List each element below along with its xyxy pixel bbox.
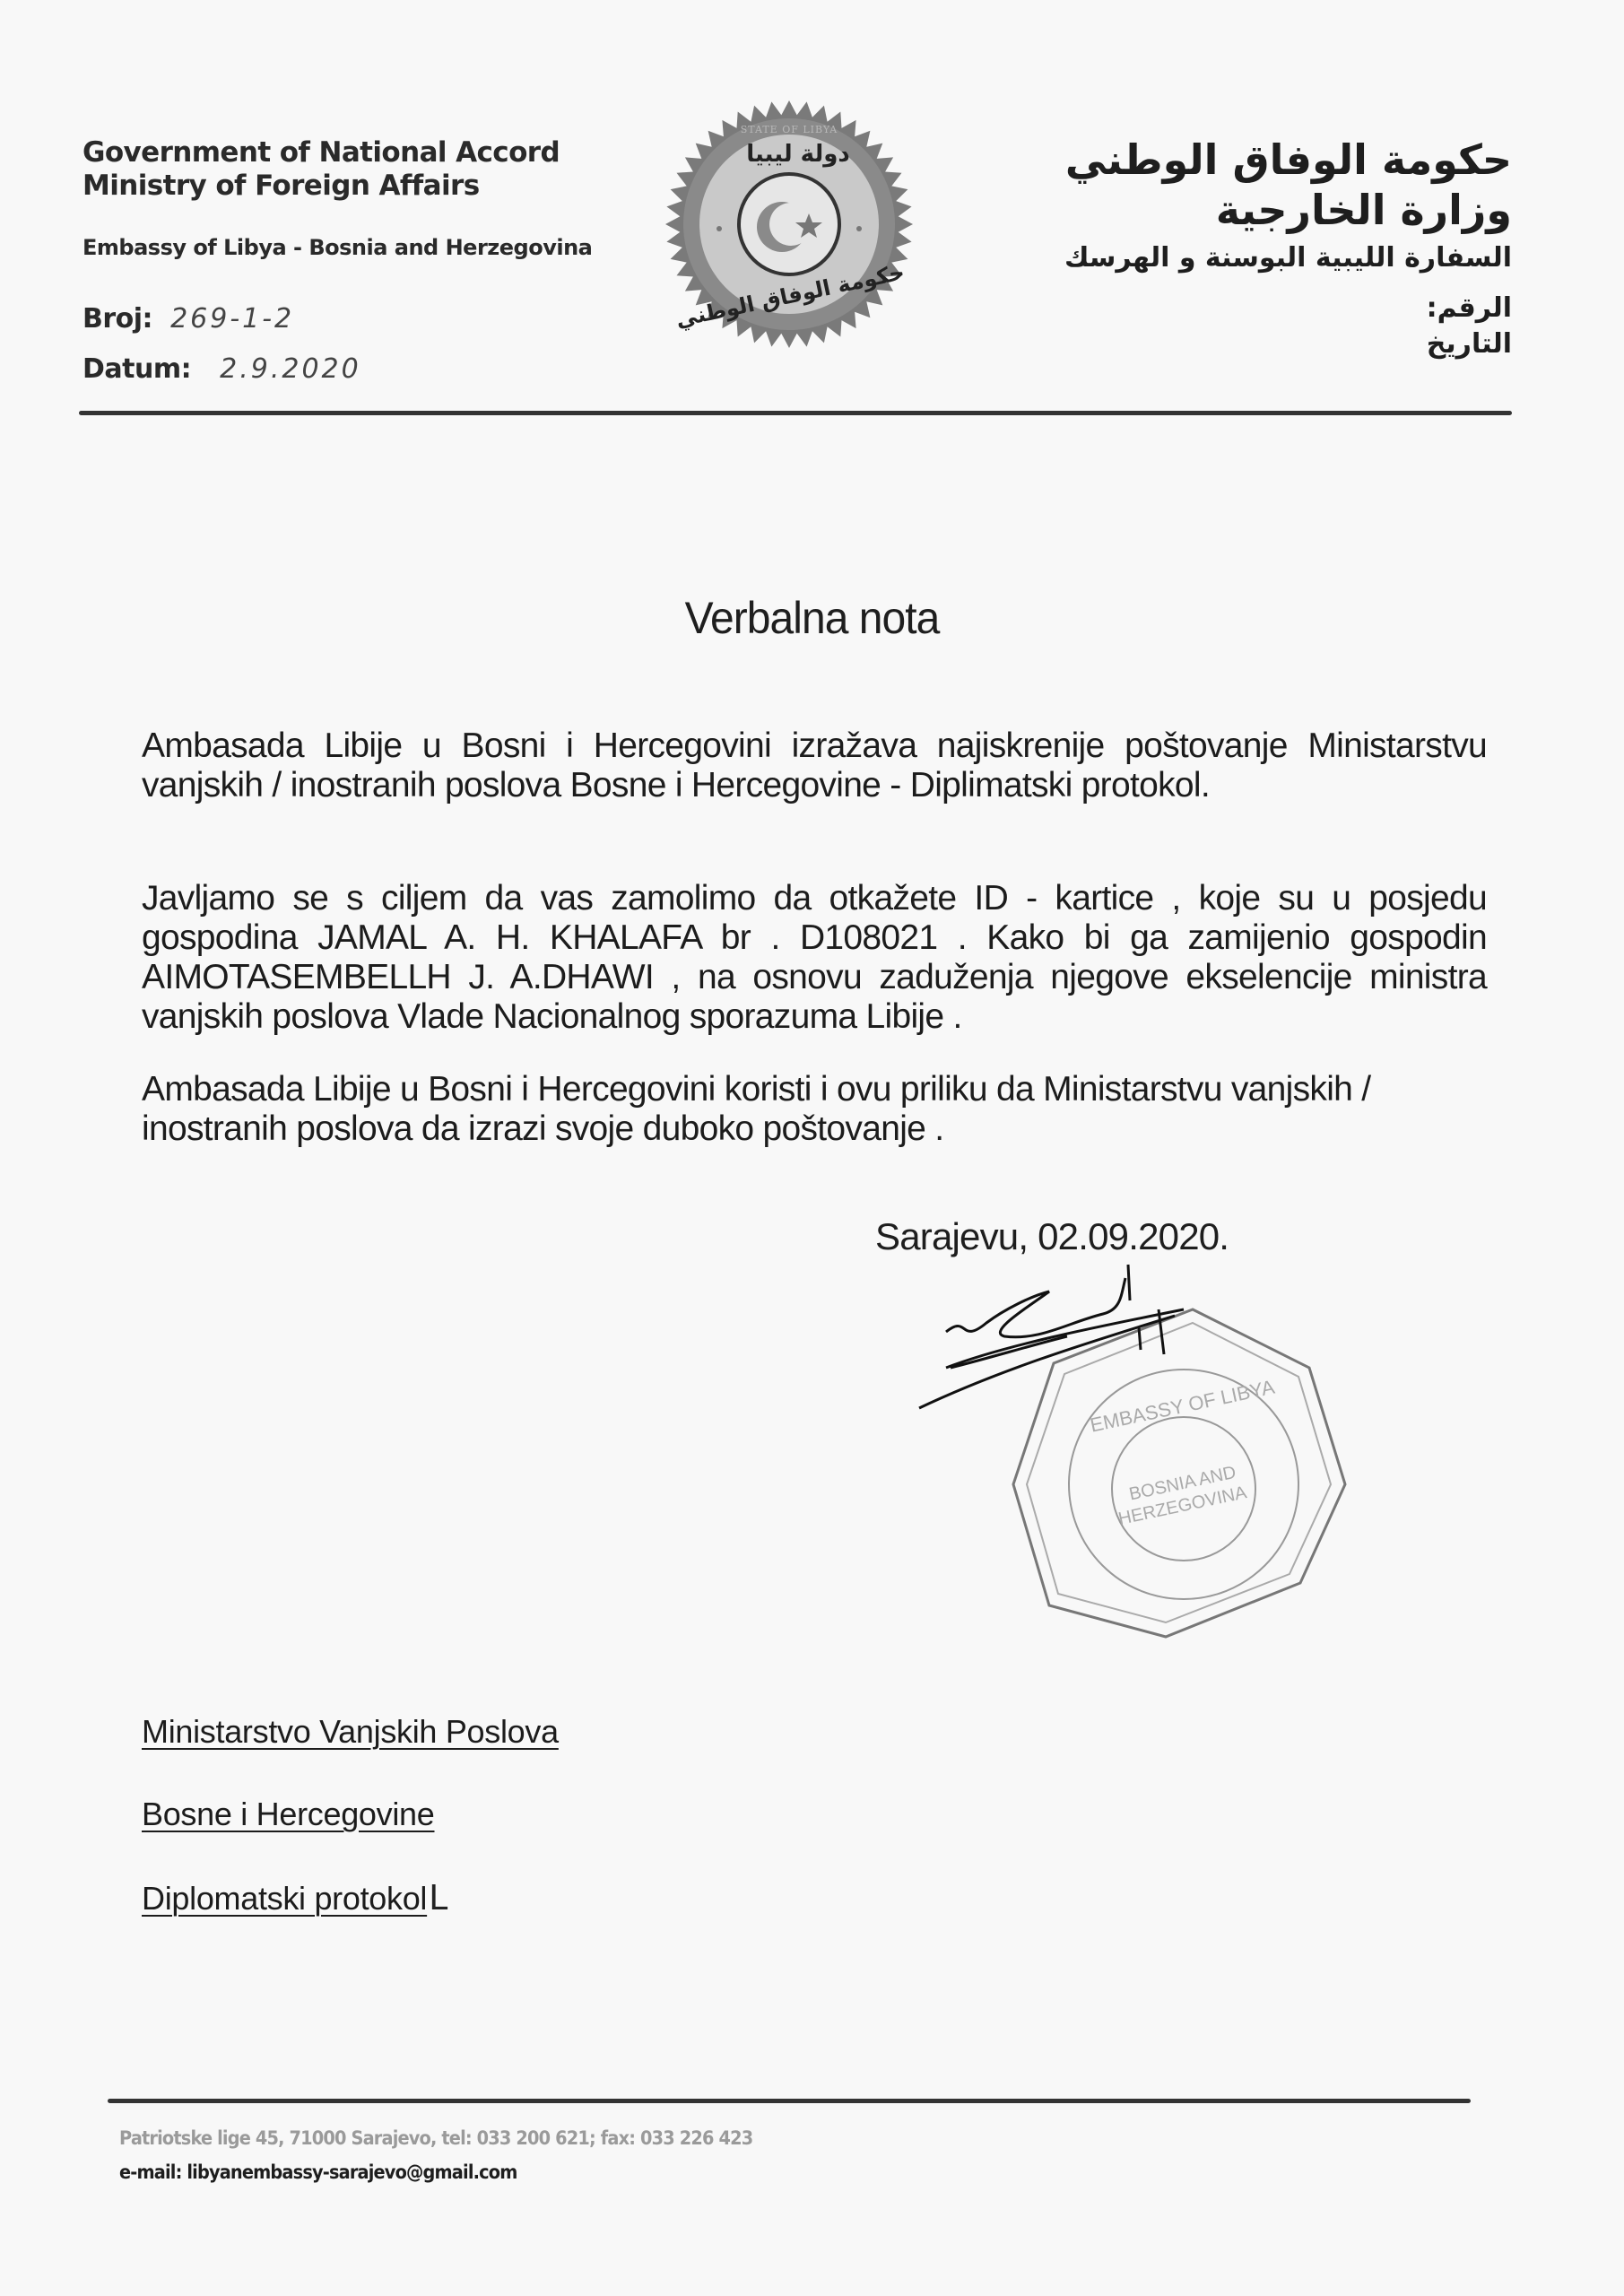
embassy-name: Embassy of Libya - Bosnia and Herzegovin… [83, 235, 592, 260]
government-name-ar: حكومة الوفاق الوطني [1064, 135, 1512, 185]
signature-and-stamp: EMBASSY OF LIBYA BOSNIA AND HERZEGOVINA [897, 1260, 1363, 1673]
embassy-stamp-icon: EMBASSY OF LIBYA BOSNIA AND HERZEGOVINA [897, 1260, 1363, 1673]
reference-date: Datum:2.9.2020 [83, 353, 361, 385]
svg-text:دولة ليبيا: دولة ليبيا [746, 141, 849, 168]
state-emblem: STATE OF LIBYA دولة ليبيا حكومة الوفاق ا… [664, 99, 915, 350]
recipient-line-2: Bosne i Hercegovine [142, 1796, 435, 1833]
document-title: Verbalna nota [32, 592, 1592, 644]
ministry-name-ar: وزارة الخارجية [1064, 185, 1512, 235]
reference-date-value: 2.9.2020 [220, 353, 361, 385]
svg-text:EMBASSY OF LIBYA: EMBASSY OF LIBYA [1088, 1376, 1276, 1437]
reference-date-label: Datum: [83, 353, 191, 385]
libya-seal-icon: STATE OF LIBYA دولة ليبيا حكومة الوفاق ا… [664, 99, 915, 350]
header-divider [79, 411, 1512, 415]
reference-number: Broj:269-1-2 [83, 303, 294, 335]
paragraph-1: Ambasada Libije u Bosni i Hercegovini iz… [142, 726, 1487, 805]
paragraph-3: Ambasada Libije u Bosni i Hercegovini ko… [142, 1070, 1487, 1149]
footer-email: e-mail: libyanembassy-sarajevo@gmail.com [119, 2161, 517, 2183]
footer-divider [108, 2099, 1471, 2103]
number-label-ar: الرقم: [1064, 291, 1512, 326]
svg-text:STATE OF LIBYA: STATE OF LIBYA [741, 124, 838, 135]
recipient-line-1: Ministarstvo Vanjskih Poslova [142, 1713, 559, 1751]
ministry-name: Ministry of Foreign Affairs [83, 170, 592, 203]
letterhead-arabic: حكومة الوفاق الوطني وزارة الخارجية السفا… [1064, 135, 1512, 362]
letterhead-english: Government of National Accord Ministry o… [83, 136, 592, 260]
recipient-line-3: Diplomatski protokolL [142, 1878, 447, 1918]
recipient-line-3-text: Diplomatski protokol [142, 1880, 427, 1917]
embassy-name-ar: السفارة الليبية البوسنة و الهرسك [1064, 239, 1512, 278]
reference-number-label: Broj: [83, 303, 152, 335]
paragraph-2: Javljamo se s ciljem da vas zamolimo da … [142, 879, 1487, 1037]
reference-number-value: 269-1-2 [170, 303, 294, 335]
footer-address: Patriotske lige 45, 71000 Sarajevo, tel:… [119, 2127, 752, 2149]
date-label-ar: التاريخ [1064, 326, 1512, 362]
government-name: Government of National Accord [83, 136, 592, 170]
handwritten-initial: L [429, 1878, 447, 1918]
place-and-date: Sarajevu, 02.09.2020. [875, 1215, 1229, 1258]
